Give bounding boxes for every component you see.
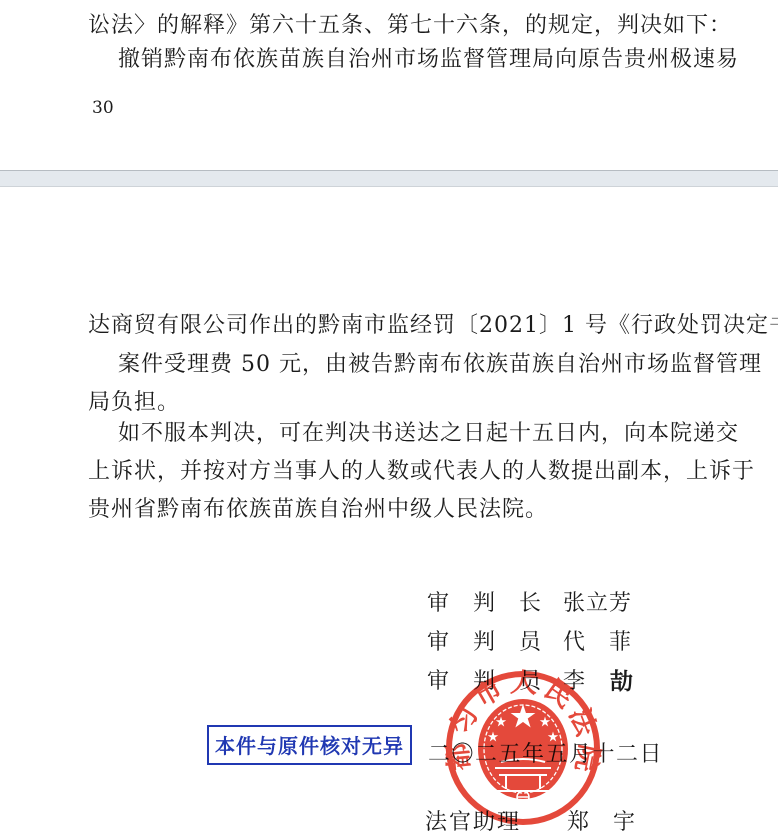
- body-line: 如不服本判决，可在判决书送达之日起十五日内，向本院递交: [118, 416, 739, 447]
- signature-name: 代 菲: [563, 625, 632, 656]
- page-number: 30: [92, 98, 114, 118]
- signature-name: 张立芳: [563, 586, 632, 617]
- prev-page-text-line1: 讼法〉的解释》第六十五条、第七十六条，的规定，判决如下：: [88, 8, 732, 39]
- national-emblem-icon: [478, 699, 568, 803]
- signature-row: 审 判 员 代 菲: [427, 625, 542, 651]
- signature-row: 审 判 长 张立芳: [427, 586, 542, 612]
- body-line: 局负担。: [88, 385, 180, 416]
- body-line: 达商贸有限公司作出的黔南市监经罚〔2021〕1 号《行政处罚决定书》。: [88, 308, 778, 339]
- verification-stamp: 本件与原件核对无异: [207, 725, 412, 765]
- prev-page-text-line2: 撤销黔南布依族苗族自治州市场监督管理局向原告贵州极速易: [118, 42, 739, 73]
- document-page: 讼法〉的解释》第六十五条、第七十六条，的规定，判决如下： 撤销黔南布依族苗族自治…: [0, 0, 778, 834]
- signature-name-bold: 劼: [610, 663, 634, 696]
- body-line: 上诉状，并按对方当事人的人数或代表人的人数提出副本，上诉于: [88, 454, 755, 485]
- signature-role: 审 判 员: [427, 630, 542, 655]
- body-line: 案件受理费 50 元，由被告黔南布依族苗族自治州市场监督管理: [118, 347, 762, 378]
- body-line: 贵州省黔南布依族苗族自治州中级人民法院。: [88, 492, 548, 523]
- court-seal: 都匀市人民法院: [438, 663, 608, 833]
- signature-role: 审 判 长: [427, 591, 542, 616]
- page-separator: [0, 170, 778, 187]
